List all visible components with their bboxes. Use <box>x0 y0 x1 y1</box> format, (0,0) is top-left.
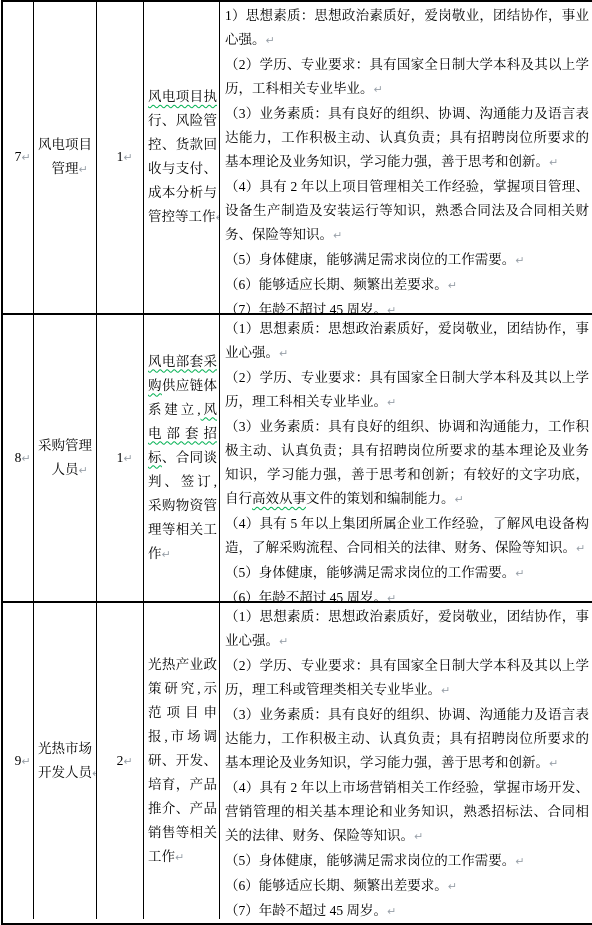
table-row: 7↵ 风电项目管理↵ 1↵ 风电项目执行、风险管控、货款回收与支付、成本分析与管… <box>3 2 592 315</box>
requirement-text: （5）身体健康，能够满足需求岗位的工作需要。 <box>225 252 515 267</box>
requirement-paragraph: （7）年龄不超过 45 周岁。↵ <box>225 899 589 919</box>
requirement-text: （2）学历、专业要求：具有国家全日制大学本科及其以上学历，理工科相关专业毕业。 <box>225 370 589 409</box>
requirement-paragraph: 1）思想素质：思想政治素质好，爱岗敬业，团结协作，事业心强。↵ <box>225 4 589 53</box>
duties-text: 风电项目执行、风险管控、货款回收与支付、成本分析与管控等工作↵ <box>148 85 217 230</box>
cell-position: 光热市场开发人员↵ <box>34 603 97 919</box>
requirement-text: （6）能够适应长期、频繁出差要求。 <box>225 277 448 292</box>
requirement-paragraph: （2）学历、专业要求：具有国家全日制大学本科及其以上学历，理工科相关专业毕业。↵ <box>225 366 589 415</box>
requirement-paragraph: （5）身体健康，能够满足需求岗位的工作需要。↵ <box>225 561 589 586</box>
requirement-paragraph: （7）年龄不超过 45 周岁。↵ <box>225 298 589 313</box>
row-number: 7 <box>15 149 22 164</box>
table-row: 9↵ 光热市场开发人员↵ 2↵ 光热产业政策研究,示范项目申报,市场调研、开发、… <box>3 603 592 919</box>
requirement-paragraph: （4）具有 5 年以上集团所属企业工作经验，了解风电设备构造，了解采购流程、合同… <box>225 512 589 561</box>
position-title: 光热市场开发人员 <box>38 741 92 780</box>
recruitment-table: 7↵ 风电项目管理↵ 1↵ 风电项目执行、风险管控、货款回收与支付、成本分析与管… <box>1 0 592 925</box>
requirement-paragraph: （4）具有 2 年以上项目管理相关工作经验，掌握项目管理、设备生产制造及安装运行… <box>225 175 589 248</box>
duty-segment: 风电项目执 <box>148 89 217 104</box>
requirement-text: （4）具有 2 年以上项目管理相关工作经验，掌握项目管理、设备生产制造及安装运行… <box>225 179 589 242</box>
requirement-text: （5）身体健康，能够满足需求岗位的工作需要。 <box>225 565 515 580</box>
word-document-page: 7↵ 风电项目管理↵ 1↵ 风电项目执行、风险管控、货款回收与支付、成本分析与管… <box>0 0 592 925</box>
headcount-value: 2 <box>117 753 124 768</box>
requirement-paragraph: （1）思想素质：思想政治素质好，爱岗敬业，团结协作，事业心强。↵ <box>225 605 589 654</box>
requirement-paragraph: （6）能够适应长期、频繁出差要求。↵ <box>225 273 589 298</box>
cell-duties: 风电部套采购供应链体系建立,风电部套招标、合同谈判、签订,采购物资管理等相关工作… <box>144 315 220 601</box>
table-row: 8↵ 采购管理人员↵ 1↵ 风电部套采购供应链体系建立,风电部套招标、合同谈判、… <box>3 315 592 603</box>
headcount-value: 1 <box>117 450 124 465</box>
requirement-paragraph: （1）思想素质：思想政治素质好，爱岗敬业，团结协作，事业心强。↵ <box>225 317 589 366</box>
cell-headcount: 1↵ <box>97 2 144 313</box>
requirement-paragraph: （6）年龄不超过 45 周岁。↵ <box>225 586 589 601</box>
requirement-paragraph: （2）学历、专业要求：具有国家全日制大学本科及其以上学历，工科相关专业毕业。↵ <box>225 53 589 102</box>
cell-headcount: 2↵ <box>97 603 144 919</box>
requirement-paragraph: （3）业务素质：具有良好的组织、协调和沟通能力，工作积极主动、认真负责；具有招聘… <box>225 415 589 512</box>
cell-requirements: 1）思想素质：思想政治素质好，爱岗敬业，团结协作，事业心强。↵ （2）学历、专业… <box>220 2 592 313</box>
requirement-paragraph: （2）学历、专业要求：具有国家全日制大学本科及其以上学历，理工科或管理类相关专业… <box>225 654 589 703</box>
cell-number: 9↵ <box>3 603 34 919</box>
duty-segment: 行、风险管控、货款回收与支付、成本分析与管控等工作 <box>148 113 217 224</box>
requirement-paragraph: （4）具有 2 年以上市场营销相关工作经验，掌握市场开发、营销管理的相关基本理论… <box>225 776 589 849</box>
cell-position: 采购管理人员↵ <box>34 315 97 601</box>
row-number: 8 <box>15 450 22 465</box>
requirement-paragraph: （3）业务素质：具有良好的组织、协调、沟通能力及语言表达能力，工作积极主动、认真… <box>225 703 589 776</box>
requirement-paragraph: （5）身体健康，能够满足需求岗位的工作需要。↵ <box>225 248 589 273</box>
requirement-text: （2）学历、专业要求：具有国家全日制大学本科及其以上学历，工科相关专业毕业。 <box>225 57 589 96</box>
requirement-text: （3）业务素质：具有良好的组织、协调、沟通能力及语言表达能力，工作积极主动、认真… <box>225 707 589 770</box>
cell-number: 8↵ <box>3 315 34 601</box>
requirement-text-flagged: 高效从事 <box>252 491 306 506</box>
cell-headcount: 1↵ <box>97 315 144 601</box>
requirement-text: （4）具有 5 年以上集团所属企业工作经验，了解风电设备构造，了解采购流程、合同… <box>225 516 589 555</box>
requirement-text: 1）思想素质：思想政治素质好，爱岗敬业，团结协作，事业心强。 <box>225 8 589 47</box>
requirement-paragraph: （5）身体健康，能够满足需求岗位的工作需要。↵ <box>225 849 589 874</box>
cell-requirements: （1）思想素质：思想政治素质好，爱岗敬业，团结协作，事业心强。↵ （2）学历、专… <box>220 603 592 919</box>
headcount-value: 1 <box>117 149 124 164</box>
requirement-text: （6）能够适应长期、频繁出差要求。 <box>225 878 448 893</box>
requirement-text: （2）学历、专业要求：具有国家全日制大学本科及其以上学历，理工科或管理类相关专业… <box>225 658 589 697</box>
requirement-text: （3）业务素质：具有良好的组织、协调、沟通能力及语言表达能力，工作积极主动、认真… <box>225 106 589 169</box>
requirement-paragraph: （6）能够适应长期、频繁出差要求。↵ <box>225 874 589 899</box>
requirement-paragraph: （3）业务素质：具有良好的组织、协调、沟通能力及语言表达能力，工作积极主动、认真… <box>225 102 589 175</box>
duty-segment: 、合同谈判、签订,采购物资管理等相关工作 <box>148 450 217 561</box>
requirement-text: （7）年龄不超过 45 周岁。 <box>225 903 387 918</box>
requirement-text: （6）年龄不超过 45 周岁。 <box>225 590 387 601</box>
requirement-text: （4）具有 2 年以上市场营销相关工作经验，掌握市场开发、营销管理的相关基本理论… <box>225 780 589 843</box>
requirement-text: （7）年龄不超过 45 周岁。 <box>225 302 387 313</box>
cell-duties: 光热产业政策研究,示范项目申报,市场调研、开发、培育，产品推介、产品销售等相关工… <box>144 603 220 919</box>
cell-duties: 风电项目执行、风险管控、货款回收与支付、成本分析与管控等工作↵ <box>144 2 220 313</box>
requirement-text: 文件的策划和编制能力。 <box>306 491 455 506</box>
cell-number: 7↵ <box>3 2 34 313</box>
cell-requirements: （1）思想素质：思想政治素质好，爱岗敬业，团结协作，事业心强。↵ （2）学历、专… <box>220 315 592 601</box>
cell-position: 风电项目管理↵ <box>34 2 97 313</box>
duty-segment: 光热产业政策研究,示范项目申报,市场调研、开发、培育，产品推介、产品销售等相关工… <box>148 657 217 864</box>
requirement-text: （5）身体健康，能够满足需求岗位的工作需要。 <box>225 853 515 868</box>
duties-text: 光热产业政策研究,示范项目申报,市场调研、开发、培育，产品推介、产品销售等相关工… <box>148 653 217 870</box>
row-number: 9 <box>15 753 22 768</box>
duties-text: 风电部套采购供应链体系建立,风电部套招标、合同谈判、签订,采购物资管理等相关工作… <box>148 350 217 567</box>
